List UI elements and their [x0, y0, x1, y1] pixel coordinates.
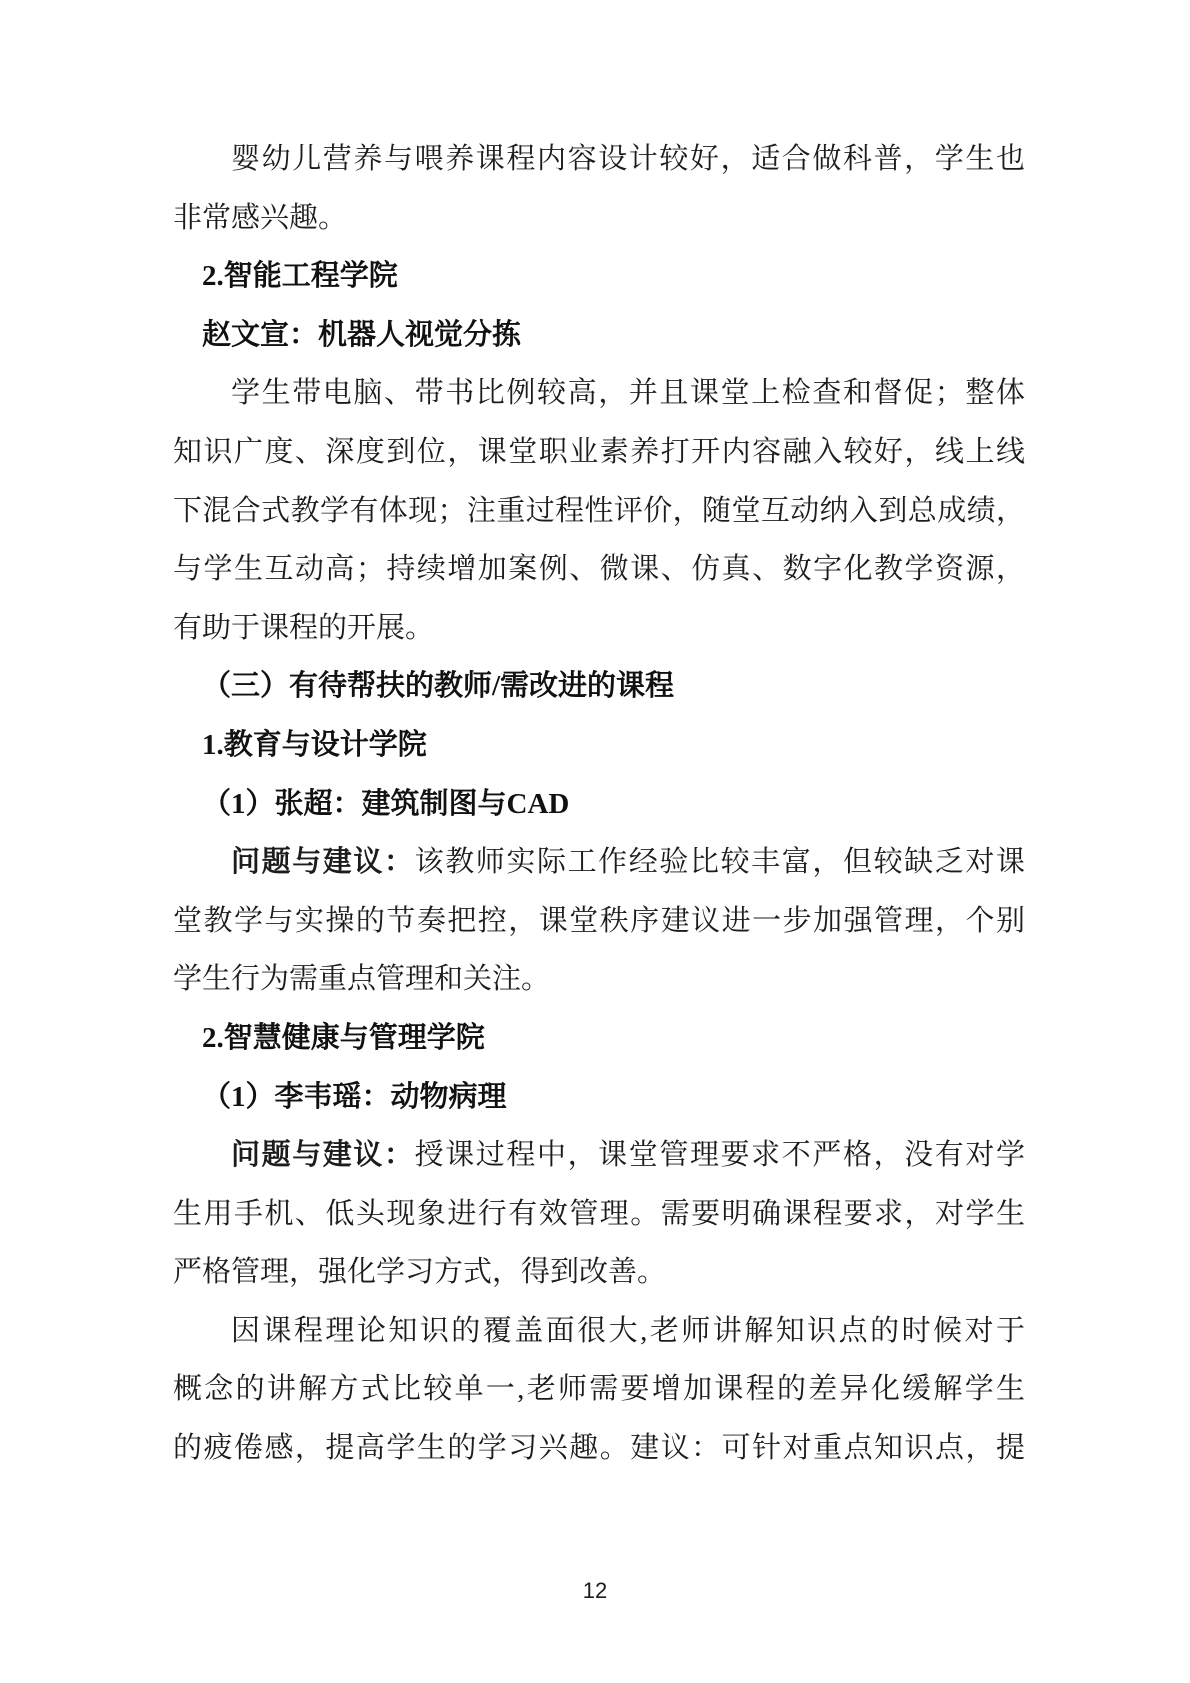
text-run: 的疲倦感，提高学生的学习兴趣。建议：可针对重点知识点，提 [173, 1432, 1025, 1464]
bold-text-run: 赵文宣：机器人视觉分拣 [202, 319, 521, 351]
bold-text-run: （三）有待帮扶的教师/需改进的课程 [202, 670, 674, 702]
text-run: 婴幼儿营养与喂养课程内容设计较好，适合做科普，学生也 [231, 143, 1025, 175]
heading-line: （1）李韦瑶：动物病理 [173, 1068, 1025, 1127]
document-body: 婴幼儿营养与喂养课程内容设计较好，适合做科普，学生也非常感兴趣。2.智能工程学院… [173, 130, 1025, 1478]
text-run: 授课过程中，课堂管理要求不严格，没有对学 [415, 1139, 1025, 1171]
text-run: 严格管理，强化学习方式，得到改善。 [173, 1256, 666, 1288]
heading-line: （三）有待帮扶的教师/需改进的课程 [173, 657, 1025, 716]
page-number: 12 [583, 1578, 607, 1603]
document-page: 婴幼儿营养与喂养课程内容设计较好，适合做科普，学生也非常感兴趣。2.智能工程学院… [0, 0, 1190, 1683]
text-run: 学生带电脑、带书比例较高，并且课堂上检查和督促；整体 [231, 377, 1025, 409]
body-text-line: 下混合式教学有体现；注重过程性评价，随堂互动纳入到总成绩， [173, 482, 1025, 541]
body-text-line: 学生行为需重点管理和关注。 [173, 950, 1025, 1009]
body-text-line: 学生带电脑、带书比例较高，并且课堂上检查和督促；整体 [173, 364, 1025, 423]
body-text-line: 非常感兴趣。 [173, 189, 1025, 248]
heading-line: 赵文宣：机器人视觉分拣 [173, 306, 1025, 365]
body-text-line: 知识广度、深度到位，课堂职业素养打开内容融入较好，线上线 [173, 423, 1025, 482]
text-run: 有助于课程的开展。 [173, 612, 434, 644]
text-run: 概念的讲解方式比较单一,老师需要增加课程的差异化缓解学生 [173, 1373, 1025, 1405]
text-run: 知识广度、深度到位，课堂职业素养打开内容融入较好，线上线 [173, 436, 1025, 468]
body-text-line: 有助于课程的开展。 [173, 599, 1025, 658]
bold-text-run: 2.智能工程学院 [202, 260, 398, 292]
heading-line: 2.智能工程学院 [173, 247, 1025, 306]
text-run: 与学生互动高；持续增加案例、微课、仿真、数字化教学资源， [173, 553, 1025, 585]
text-run: 非常感兴趣。 [173, 202, 347, 234]
body-text-line: 概念的讲解方式比较单一,老师需要增加课程的差异化缓解学生 [173, 1360, 1025, 1419]
bold-text-run: （1）李韦瑶：动物病理 [202, 1081, 507, 1113]
text-run: 堂教学与实操的节奏把控，课堂秩序建议进一步加强管理，个别 [173, 905, 1025, 937]
text-run: 该教师实际工作经验比较丰富，但较缺乏对课 [415, 846, 1025, 878]
bold-text-run: 1.教育与设计学院 [202, 729, 427, 761]
body-text-line: 的疲倦感，提高学生的学习兴趣。建议：可针对重点知识点，提 [173, 1419, 1025, 1478]
heading-line: 1.教育与设计学院 [173, 716, 1025, 775]
text-run: 下混合式教学有体现；注重过程性评价，随堂互动纳入到总成绩， [173, 495, 1025, 527]
body-text-line: 与学生互动高；持续增加案例、微课、仿真、数字化教学资源， [173, 540, 1025, 599]
body-text-line: 问题与建议：该教师实际工作经验比较丰富，但较缺乏对课 [173, 833, 1025, 892]
text-run: 因课程理论知识的覆盖面很大,老师讲解知识点的时候对于 [231, 1315, 1025, 1347]
body-text-line: 堂教学与实操的节奏把控，课堂秩序建议进一步加强管理，个别 [173, 892, 1025, 951]
text-run: 学生行为需重点管理和关注。 [173, 963, 550, 995]
bold-text-run: 2.智慧健康与管理学院 [202, 1022, 485, 1054]
heading-line: （1）张超：建筑制图与CAD [173, 775, 1025, 834]
body-text-line: 问题与建议：授课过程中，课堂管理要求不严格，没有对学 [173, 1126, 1025, 1185]
bold-text-run: （1）张超：建筑制图与CAD [202, 788, 569, 820]
body-text-line: 因课程理论知识的覆盖面很大,老师讲解知识点的时候对于 [173, 1302, 1025, 1361]
text-run: 生用手机、低头现象进行有效管理。需要明确课程要求，对学生 [173, 1198, 1025, 1230]
body-text-line: 生用手机、低头现象进行有效管理。需要明确课程要求，对学生 [173, 1185, 1025, 1244]
bold-text-run: 问题与建议： [231, 846, 415, 878]
body-text-line: 严格管理，强化学习方式，得到改善。 [173, 1243, 1025, 1302]
page-footer: 12 [0, 1578, 1190, 1604]
body-text-line: 婴幼儿营养与喂养课程内容设计较好，适合做科普，学生也 [173, 130, 1025, 189]
bold-text-run: 问题与建议： [231, 1139, 415, 1171]
heading-line: 2.智慧健康与管理学院 [173, 1009, 1025, 1068]
